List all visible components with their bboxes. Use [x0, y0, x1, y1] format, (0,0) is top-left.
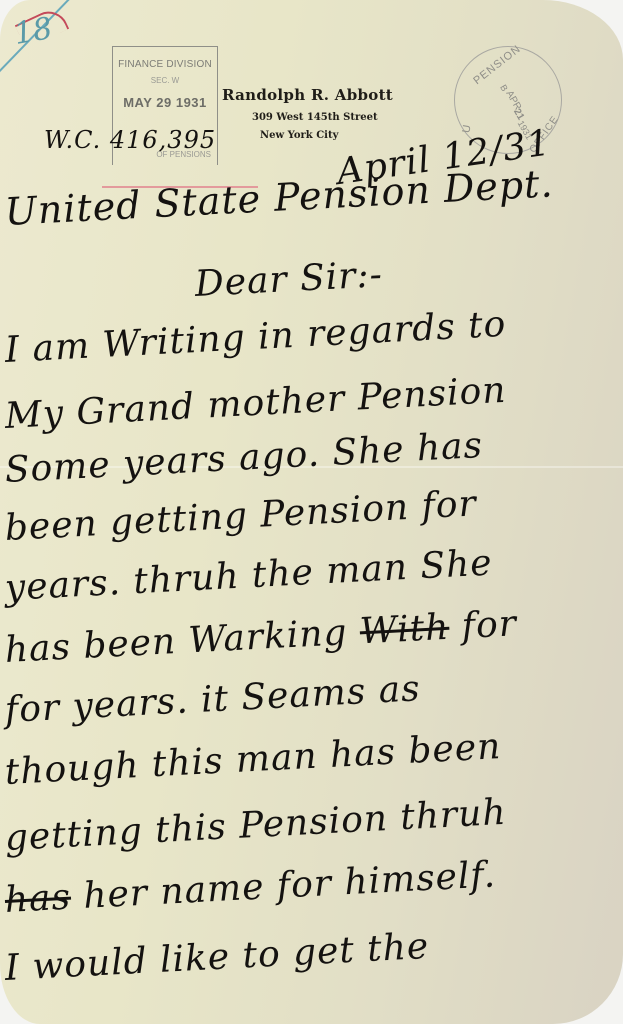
body-line-6: has been Warking With for: [4, 603, 518, 671]
corner-annotation: 18: [11, 11, 55, 52]
body-line-4: been getting Pension for: [4, 483, 478, 549]
letterhead: Randolph R. Abbott 309 West 145th Street…: [222, 86, 393, 141]
letterhead-name: Randolph R. Abbott: [222, 86, 393, 104]
struck-word: has: [4, 877, 72, 921]
stamp-line-2: SEC. W: [113, 76, 217, 85]
body-line-7: for years. it Seams as: [4, 668, 422, 731]
salutation: Dear Sir:-: [194, 254, 384, 305]
postmark-top: PENSION: [471, 43, 523, 87]
letterhead-city: New York City: [260, 130, 393, 141]
body-line-5: years. thruh the man She: [4, 543, 494, 609]
stamp-line-1: FINANCE DIVISION: [113, 59, 217, 70]
body-line-10: has her name for himself.: [4, 854, 497, 921]
body-line-8: though this man has been: [4, 726, 502, 793]
body-line-9: getting this Pension thruh: [4, 792, 508, 859]
salutation-recipient: United State Pension Dept.: [4, 161, 555, 234]
body-line-6-text: has been Warking: [4, 612, 349, 671]
body-line-10-text: her name for himself.: [82, 854, 497, 917]
body-line-6-after: for: [461, 603, 518, 647]
body-line-1: I am Writing in regards to: [4, 304, 507, 371]
body-line-11: I would like to get the: [4, 926, 430, 989]
stamp-date: MAY 29 1931: [113, 95, 217, 110]
struck-word: With: [359, 607, 451, 653]
letterhead-address: 309 West 145th Street: [252, 112, 393, 123]
file-number: W.C. 416,395: [44, 126, 216, 154]
letter-page: 18 FINANCE DIVISION SEC. W MAY 29 1931 O…: [0, 0, 623, 1024]
body-line-3: Some years ago. She has: [4, 425, 484, 491]
